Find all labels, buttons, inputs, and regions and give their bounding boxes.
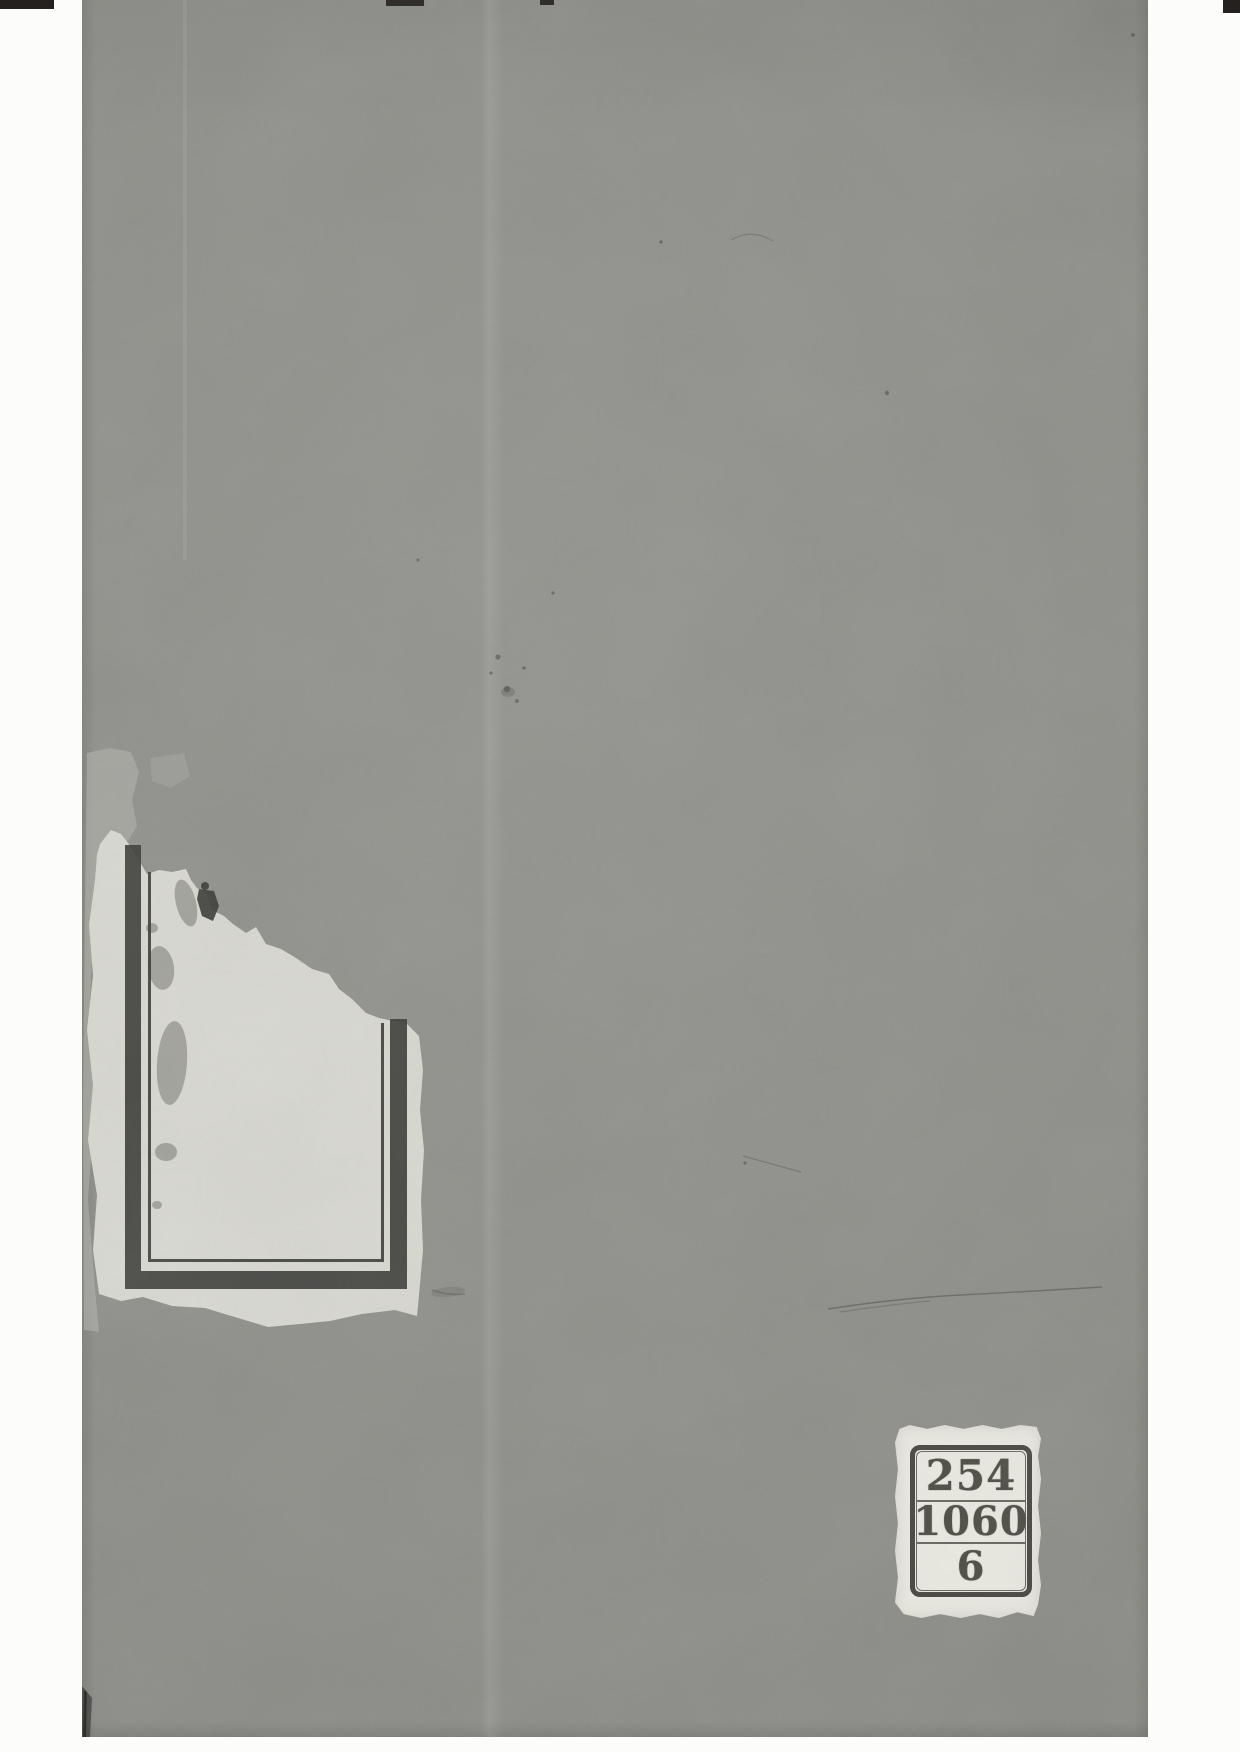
call-number-row: 1060: [917, 1500, 1025, 1542]
call-number-rows: 254 1060 6: [917, 1452, 1025, 1590]
scan-artifact-top-dash: [1223, 0, 1240, 13]
call-number-label: 254 1060 6: [895, 1425, 1041, 1618]
scan-artifact-top-dash: [0, 0, 54, 9]
scanned-page: 254 1060 6: [0, 0, 1240, 1752]
call-number-row: 6: [917, 1542, 1025, 1590]
call-number-row: 254: [917, 1452, 1025, 1500]
crease-line: [183, 0, 187, 560]
call-number-frame: 254 1060 6: [910, 1445, 1032, 1597]
